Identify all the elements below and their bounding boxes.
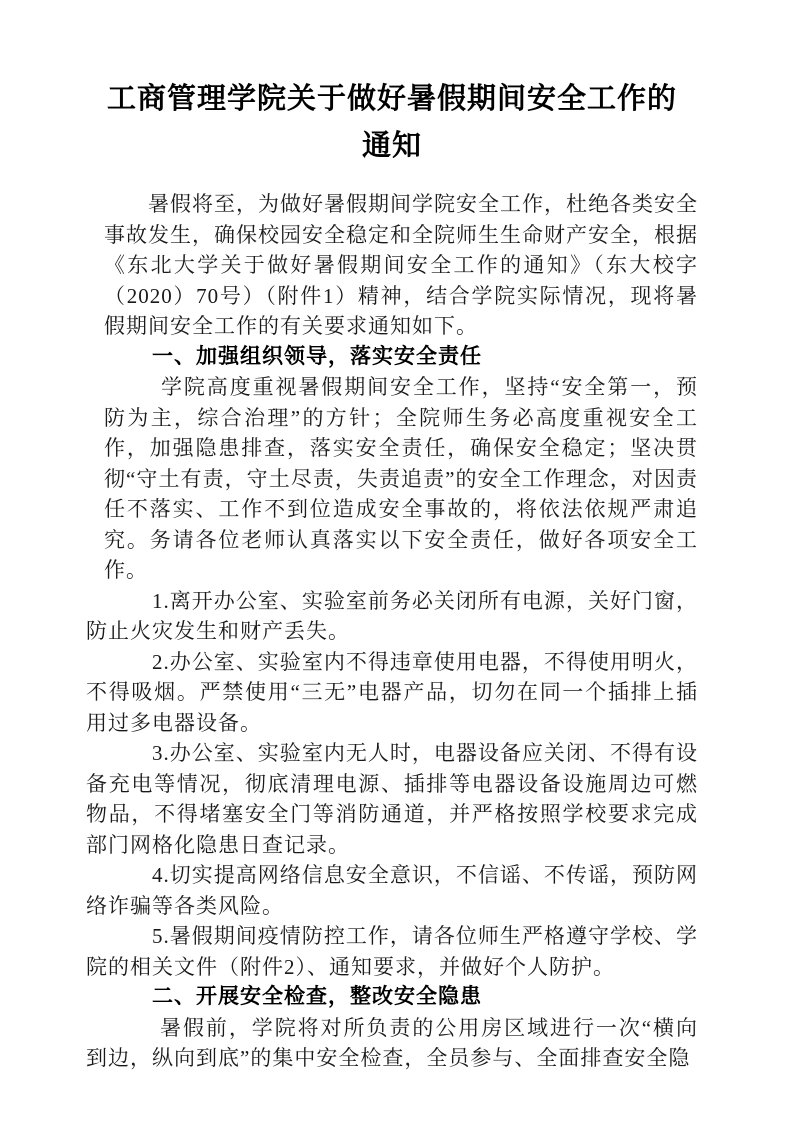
list-item-5: 5.暑假期间疫情防控工作，请各位师生严格遵守学校、学院的相关文件（附件2）、通知… xyxy=(86,921,698,982)
intro-paragraph: 暑假将至，为做好暑假期间学院安全工作，杜绝各类安全事故发生，确保校园安全稳定和全… xyxy=(104,189,698,342)
section-2-paragraph: 暑假前，学院将对所负责的公用房区域进行一次“横向到边，纵向到底”的集中安全检查，… xyxy=(86,1013,698,1074)
section-2-heading: 二、开展安全检查，整改安全隐患 xyxy=(86,982,698,1013)
section-1-paragraph: 学院高度重视暑假期间安全工作，坚持“安全第一，预防为主，综合治理”的方针；全院师… xyxy=(104,372,698,586)
title-line-1: 工商管理学院关于做好暑假期间安全工作的 xyxy=(86,76,698,123)
section-1-heading: 一、加强组织领导，落实安全责任 xyxy=(86,342,698,373)
list-item-3: 3.办公室、实验室内无人时，电器设备应关闭、不得有设备充电等情况，彻底清理电源、… xyxy=(86,738,698,860)
title-line-2: 通知 xyxy=(86,123,698,170)
list-item-4: 4.切实提高网络信息安全意识，不信谣、不传谣，预防网络诈骗等各类风险。 xyxy=(86,860,698,921)
list-item-1: 1.离开办公室、实验室前务必关闭所有电源，关好门窗，防止火灾发生和财产丢失。 xyxy=(86,586,698,647)
document-title: 工商管理学院关于做好暑假期间安全工作的 通知 xyxy=(86,76,698,170)
document-page: 工商管理学院关于做好暑假期间安全工作的 通知 暑假将至，为做好暑假期间学院安全工… xyxy=(0,0,793,1122)
list-item-2: 2.办公室、实验室内不得违章使用电器，不得使用明火，不得吸烟。严禁使用“三无”电… xyxy=(86,647,698,739)
